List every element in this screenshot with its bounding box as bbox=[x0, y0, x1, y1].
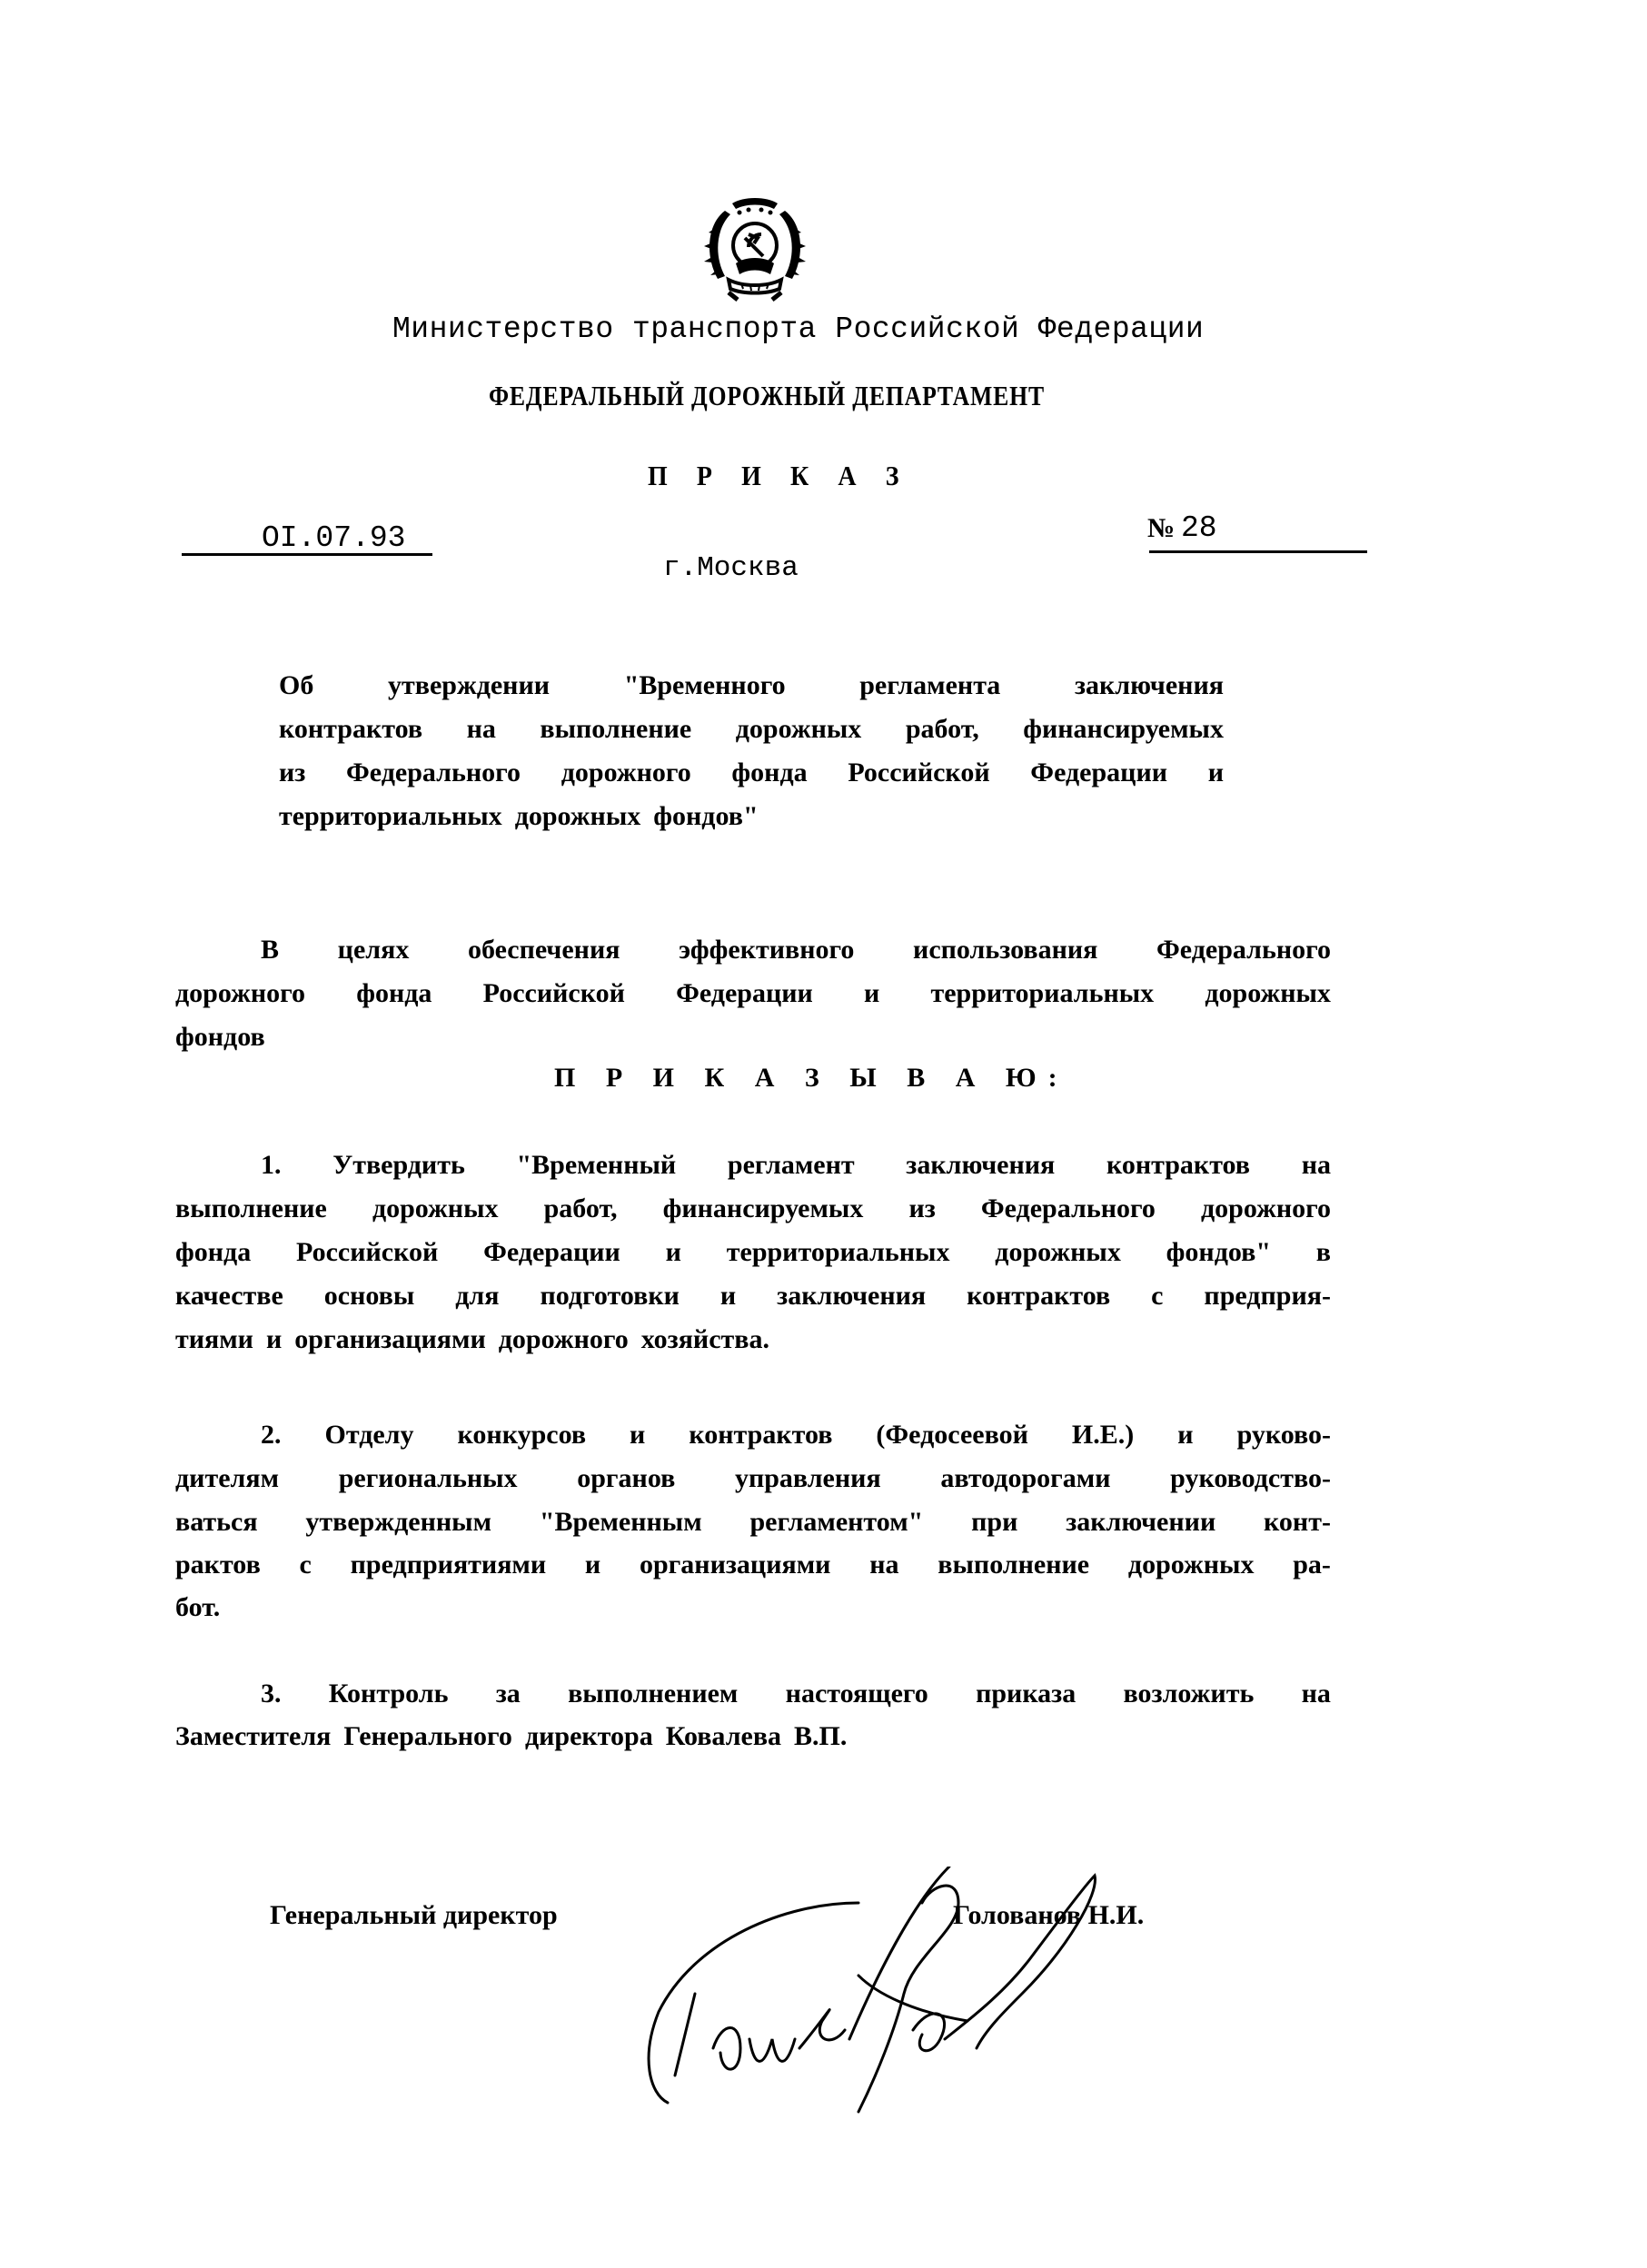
word: руково- bbox=[1237, 1421, 1331, 1449]
word: фондов bbox=[175, 1024, 265, 1051]
word: с bbox=[1151, 1283, 1163, 1310]
item-line: выполнениедорожныхработ,финансируемыхизФ… bbox=[175, 1195, 1331, 1223]
word: заключении bbox=[1066, 1509, 1215, 1536]
word: финансируемых bbox=[1023, 716, 1224, 743]
word: фондов" bbox=[1166, 1239, 1271, 1266]
word: Утвердить bbox=[332, 1152, 465, 1179]
word: регламента bbox=[859, 672, 1000, 699]
word: для bbox=[455, 1283, 499, 1310]
word: на bbox=[1302, 1152, 1331, 1179]
word: заключения bbox=[777, 1283, 926, 1310]
word: работ, bbox=[544, 1195, 618, 1223]
word: хозяйства. bbox=[641, 1326, 769, 1353]
word: "Временный bbox=[517, 1152, 677, 1179]
preamble-line: дорожногофондаРоссийскойФедерацииитеррит… bbox=[175, 980, 1331, 1007]
item-line: 2.Отделуконкурсовиконтрактов(ФедосеевойИ… bbox=[261, 1421, 1331, 1449]
word: заключения bbox=[906, 1152, 1055, 1179]
word: Федерации bbox=[1030, 759, 1167, 787]
word: и bbox=[585, 1551, 600, 1579]
word: подготовки bbox=[540, 1283, 679, 1310]
word: приказа bbox=[976, 1680, 1076, 1708]
word: Российской bbox=[483, 980, 625, 1007]
item-line: ватьсяутвержденным"Временнымрегламентом"… bbox=[175, 1509, 1331, 1536]
word: контрактов bbox=[967, 1283, 1110, 1310]
item-line: 3.Контрользавыполнениемнастоящегоприказа… bbox=[261, 1680, 1331, 1708]
word: использования bbox=[913, 936, 1097, 964]
word: выполнением bbox=[568, 1680, 738, 1708]
word: дорожного bbox=[561, 759, 691, 787]
coat-of-arms-icon bbox=[698, 193, 812, 305]
word: тиями bbox=[175, 1326, 253, 1353]
word: дорожных bbox=[736, 716, 862, 743]
ministry-name: Министерство транспорта Российской Федер… bbox=[392, 314, 1204, 344]
word: автодорогами bbox=[940, 1465, 1110, 1492]
word: и bbox=[266, 1326, 282, 1353]
word: рактов bbox=[175, 1551, 261, 1579]
word: Федерального bbox=[1156, 936, 1331, 964]
word: фондов" bbox=[653, 803, 758, 830]
item-line: рактовспредприятиямииорганизацияминавыпо… bbox=[175, 1551, 1331, 1579]
item-line: 1.Утвердить"Временныйрегламентзаключения… bbox=[261, 1152, 1331, 1179]
word: на bbox=[467, 716, 496, 743]
word: дорожных bbox=[1205, 980, 1331, 1007]
word: фонда bbox=[175, 1239, 251, 1266]
word: целях bbox=[338, 936, 410, 964]
word: Российской bbox=[296, 1239, 438, 1266]
item-line: бот. bbox=[175, 1594, 1331, 1621]
word: в bbox=[1316, 1239, 1331, 1266]
word: Федерального bbox=[346, 759, 521, 787]
word: предприя- bbox=[1204, 1283, 1331, 1310]
word: с bbox=[300, 1551, 312, 1579]
word: "Временным bbox=[540, 1509, 702, 1536]
word: региональных bbox=[339, 1465, 518, 1492]
order-number: 28 bbox=[1181, 513, 1217, 543]
word: на bbox=[869, 1551, 898, 1579]
word: эффективного bbox=[679, 936, 854, 964]
word: фонда bbox=[356, 980, 432, 1007]
word: возложить bbox=[1124, 1680, 1255, 1708]
word: руководство- bbox=[1170, 1465, 1331, 1492]
preamble-line: Вцеляхобеспеченияэффективногоиспользован… bbox=[261, 936, 1331, 964]
word: (Федосеевой bbox=[876, 1421, 1027, 1449]
signatory-title: Генеральный директор bbox=[270, 1902, 558, 1929]
word: дителям bbox=[175, 1465, 279, 1492]
word: органов bbox=[577, 1465, 675, 1492]
word: и bbox=[1208, 759, 1224, 787]
word: настоящего bbox=[786, 1680, 928, 1708]
word: на bbox=[1302, 1680, 1331, 1708]
word: дорожного bbox=[1201, 1195, 1331, 1223]
document-page: Министерство транспорта Российской Федер… bbox=[0, 0, 1647, 2268]
word: Генерального bbox=[343, 1723, 512, 1750]
word: ра- bbox=[1293, 1551, 1331, 1579]
word: территориальных bbox=[727, 1239, 950, 1266]
word: территориальных bbox=[930, 980, 1154, 1007]
word: фонда bbox=[731, 759, 807, 787]
word: регламентом" bbox=[749, 1509, 923, 1536]
preamble-line: фондов bbox=[175, 1024, 1331, 1051]
word: ваться bbox=[175, 1509, 258, 1536]
word: и bbox=[630, 1421, 645, 1449]
word: И.Е.) bbox=[1072, 1421, 1134, 1449]
word: дорожных bbox=[372, 1195, 499, 1223]
word: организациями bbox=[640, 1551, 830, 1579]
word: контрактов bbox=[1106, 1152, 1250, 1179]
word: конт- bbox=[1264, 1509, 1331, 1536]
word: основы bbox=[324, 1283, 414, 1310]
word: Заместителя bbox=[175, 1723, 331, 1750]
word: и bbox=[666, 1239, 681, 1266]
number-sign: № bbox=[1147, 515, 1175, 542]
word: Федерации bbox=[483, 1239, 620, 1266]
word: Об bbox=[279, 672, 313, 699]
item-line: фондаРоссийскойФедерацииитерриториальных… bbox=[175, 1239, 1331, 1266]
word: и bbox=[864, 980, 879, 1007]
word: и bbox=[720, 1283, 736, 1310]
word: Федерации bbox=[676, 980, 813, 1007]
signatory-name: Голованов Н.И. bbox=[953, 1902, 1144, 1929]
subject-line: территориальныхдорожныхфондов" bbox=[279, 803, 1224, 830]
word: контрактов bbox=[279, 716, 422, 743]
word: дорожного bbox=[499, 1326, 629, 1353]
word: регламент bbox=[728, 1152, 855, 1179]
word: "Временного bbox=[624, 672, 786, 699]
word: утверждении bbox=[388, 672, 550, 699]
word: 3. bbox=[261, 1680, 282, 1708]
word: Ковалева bbox=[666, 1723, 781, 1750]
word: при bbox=[971, 1509, 1017, 1536]
word: директора bbox=[525, 1723, 653, 1750]
word: заключения bbox=[1075, 672, 1224, 699]
word: дорожных bbox=[515, 803, 641, 830]
document-type: П Р И К А З bbox=[648, 461, 910, 490]
word: выполнение bbox=[938, 1551, 1089, 1579]
number-underline bbox=[1149, 550, 1367, 553]
word: качестве bbox=[175, 1283, 283, 1310]
word: выполнение bbox=[540, 716, 691, 743]
word: обеспечения bbox=[468, 936, 620, 964]
word: и bbox=[1177, 1421, 1193, 1449]
word: конкурсов bbox=[458, 1421, 587, 1449]
word: из bbox=[908, 1195, 935, 1223]
word: 1. bbox=[261, 1152, 282, 1179]
department-name: ФЕДЕРАЛЬНЫЙ ДОРОЖНЫЙ ДЕПАРТАМЕНТ bbox=[489, 381, 1045, 410]
word: территориальных bbox=[279, 803, 502, 830]
word: предприятиями bbox=[351, 1551, 547, 1579]
subject-line: контрактовнавыполнениедорожныхработ,фина… bbox=[279, 716, 1224, 743]
word: дорожных bbox=[995, 1239, 1121, 1266]
decree-heading: П Р И К А З Ы В А Ю: bbox=[554, 1065, 1069, 1092]
word: бот. bbox=[175, 1594, 220, 1621]
subject-line: Обутверждении"Временногорегламентазаключ… bbox=[279, 672, 1224, 699]
word: дорожного bbox=[175, 980, 305, 1007]
item-line: дителямрегиональныхоргановуправленияавто… bbox=[175, 1465, 1331, 1492]
city: г.Москва bbox=[663, 554, 799, 582]
word: дорожных bbox=[1128, 1551, 1255, 1579]
word: В bbox=[261, 936, 279, 964]
item-line: тиямииорганизациямидорожногохозяйства. bbox=[175, 1326, 1331, 1353]
order-date: OI.07.93 bbox=[262, 523, 405, 553]
word: 2. bbox=[261, 1421, 282, 1449]
word: утвержденным bbox=[305, 1509, 491, 1536]
word: выполнение bbox=[175, 1195, 327, 1223]
word: Отделу bbox=[325, 1421, 414, 1449]
word: Российской bbox=[848, 759, 989, 787]
word: организациями bbox=[294, 1326, 485, 1353]
item-line: качествеосновыдляподготовкиизаключенияко… bbox=[175, 1283, 1331, 1310]
date-underline bbox=[182, 553, 432, 556]
subject-line: изФедеральногодорожногофондаРоссийскойФе… bbox=[279, 759, 1224, 787]
word: управления bbox=[735, 1465, 881, 1492]
word: Федерального bbox=[981, 1195, 1156, 1223]
word: В.П. bbox=[794, 1723, 847, 1750]
word: финансируемых bbox=[663, 1195, 864, 1223]
word: из bbox=[279, 759, 305, 787]
word: за bbox=[496, 1680, 521, 1708]
word: Контроль bbox=[329, 1680, 449, 1708]
word: контрактов bbox=[689, 1421, 832, 1449]
item-line: ЗаместителяГенеральногодиректораКовалева… bbox=[175, 1723, 1331, 1750]
word: работ, bbox=[906, 716, 979, 743]
